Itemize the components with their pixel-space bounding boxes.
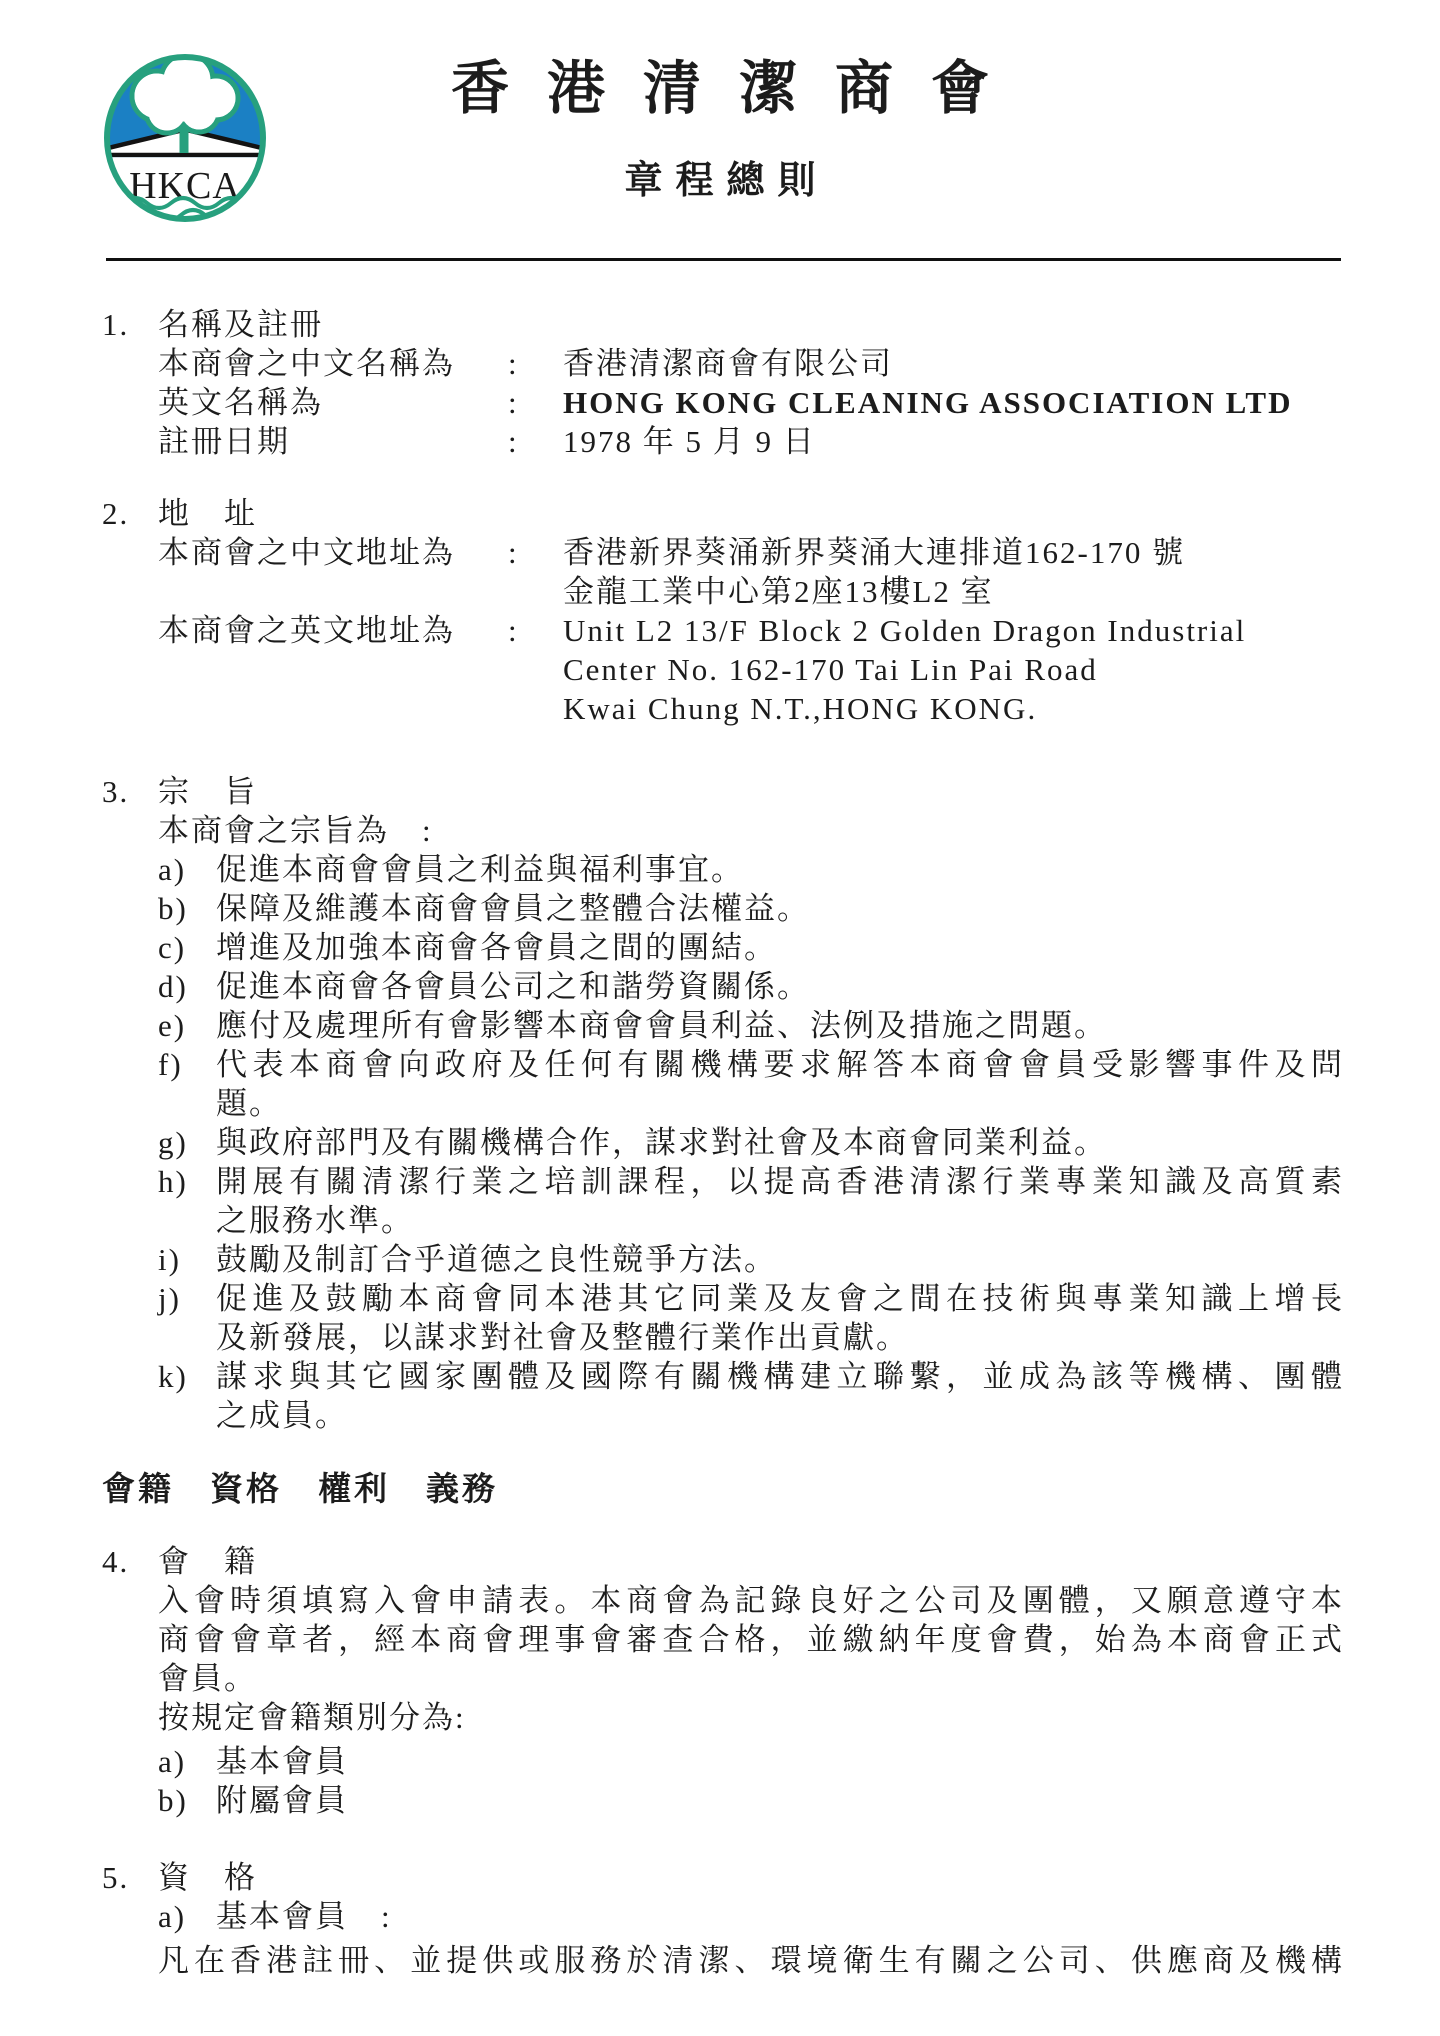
list-item: d) 促進本商會各會員公司之和諧勞資關係。: [158, 967, 1344, 1006]
list-text: 保障及維護本商會會員之整體合法權益。: [216, 889, 1344, 928]
kv-row-registration-date: 註冊日期 : 1978 年 5 月 9 日: [158, 422, 1344, 461]
list-marker: e): [158, 1006, 216, 1045]
kv-label: 本商會之中文名稱為: [158, 344, 508, 383]
list-item: a) 基本會員: [158, 1742, 1344, 1781]
list-item: b) 保障及維護本商會會員之整體合法權益。: [158, 889, 1344, 928]
list-text: 之成員。: [216, 1396, 1344, 1435]
section-objectives: 3. 宗 旨 本商會之宗旨為 : a) 促進本商會會員之利益與福利事宜。 b) …: [102, 772, 1344, 1435]
hkca-logo: HKCA: [103, 54, 267, 222]
list-text: 代表本商會向政府及任何有關機構要求解答本商會會員受影響事件及問: [216, 1045, 1344, 1084]
kv-label: 本商會之英文地址為: [158, 611, 508, 650]
kv-colon: :: [508, 533, 563, 572]
membership-section-heading: 會籍 資格 權利 義務: [102, 1469, 1344, 1508]
paragraph-line: 商會會章者，經本商會理事會審查合格，並繳納年度會費，始為本商會正式: [158, 1620, 1344, 1659]
section-name-registration: 1. 名稱及註冊 本商會之中文名稱為 : 香港清潔商會有限公司 英文名稱為 : …: [102, 305, 1344, 461]
list-marker: a): [158, 1742, 216, 1781]
address-line: 金龍工業中心第2座13樓L2 室: [563, 572, 1344, 611]
list-item: i) 鼓勵及制訂合乎道德之良性競爭方法。: [158, 1240, 1344, 1279]
list-marker: k): [158, 1357, 216, 1396]
kv-colon: :: [508, 344, 563, 383]
kv-row-chinese-address: 本商會之中文地址為 : 香港新界葵涌新界葵涌大連排道162-170 號 金龍工業…: [158, 533, 1344, 611]
kv-colon: :: [508, 422, 563, 461]
list-marker: h): [158, 1162, 216, 1201]
section-heading: 會 籍: [158, 1542, 1344, 1581]
list-item: j) 促進及鼓勵本商會同本港其它同業及友會之間在技術與專業知識上增長 及新發展，…: [158, 1279, 1344, 1357]
list-marker: g): [158, 1123, 216, 1162]
list-text: 促進及鼓勵本商會同本港其它同業及友會之間在技術與專業知識上增長: [216, 1279, 1344, 1318]
list-marker: f): [158, 1045, 216, 1084]
section-number: 1.: [102, 305, 158, 461]
list-marker: b): [158, 1781, 216, 1820]
list-marker: a): [158, 1897, 216, 1936]
section-address: 2. 地 址 本商會之中文地址為 : 香港新界葵涌新界葵涌大連排道162-170…: [102, 494, 1344, 728]
list-marker: b): [158, 889, 216, 928]
section-number: 4.: [102, 1542, 158, 1820]
kv-value: 香港新界葵涌新界葵涌大連排道162-170 號 金龍工業中心第2座13樓L2 室: [563, 533, 1344, 611]
list-marker: a): [158, 850, 216, 889]
page-subtitle-text: 章程總則: [624, 162, 828, 200]
list-text: 促進本商會各會員公司之和諧勞資關係。: [216, 967, 1344, 1006]
kv-value: 1978 年 5 月 9 日: [563, 422, 1344, 461]
list-text: 應付及處理所有會影響本商會會員利益、法例及措施之問題。: [216, 1006, 1344, 1045]
kv-row-english-name: 英文名稱為 : HONG KONG CLEANING ASSOCIATION L…: [158, 383, 1344, 422]
kv-label: 註冊日期: [158, 422, 508, 461]
paragraph-line: 會員。: [158, 1659, 1344, 1698]
list-text: 鼓勵及制訂合乎道德之良性競爭方法。: [216, 1240, 1344, 1279]
list-text: 附屬會員: [216, 1781, 1344, 1820]
membership-categories-intro: 按規定會籍類別分為:: [158, 1698, 1344, 1737]
list-marker: d): [158, 967, 216, 1006]
list-text: 基本會員: [216, 1742, 1344, 1781]
section-qualification: 5. 資 格 a) 基本會員 : 凡在香港註冊、並提供或服務於清潔、環境衛生有關…: [102, 1858, 1344, 1980]
qualification-tail-line: 凡在香港註冊、並提供或服務於清潔、環境衛生有關之公司、供應商及機構: [158, 1941, 1344, 1980]
list-marker: j): [158, 1279, 216, 1318]
section-heading: 資 格: [158, 1858, 1344, 1897]
kv-value: Unit L2 13/F Block 2 Golden Dragon Indus…: [563, 611, 1344, 728]
list-marker: i): [158, 1240, 216, 1279]
kv-label: 本商會之中文地址為: [158, 533, 508, 572]
list-text: 增進及加強本商會各會員之間的團結。: [216, 928, 1344, 967]
list-text: 基本會員 :: [216, 1897, 1344, 1936]
list-item: e) 應付及處理所有會影響本商會會員利益、法例及措施之問題。: [158, 1006, 1344, 1045]
list-text: 與政府部門及有關機構合作，謀求對社會及本商會同業利益。: [216, 1123, 1344, 1162]
list-item: a) 基本會員 :: [158, 1897, 1344, 1936]
membership-paragraph: 入會時須填寫入會申請表。本商會為記錄良好之公司及團體，又願意遵守本 商會會章者，…: [158, 1581, 1344, 1698]
section-number: 5.: [102, 1858, 158, 1980]
list-item: c) 增進及加強本商會各會員之間的團結。: [158, 928, 1344, 967]
page-title-text: 香港清潔商會: [451, 60, 1027, 118]
list-item: h) 開展有關清潔行業之培訓課程，以提高香港清潔行業專業知識及高質素 之服務水準…: [158, 1162, 1344, 1240]
list-marker: c): [158, 928, 216, 967]
section-heading: 宗 旨: [158, 772, 1344, 811]
kv-colon: :: [508, 383, 563, 422]
list-item: b) 附屬會員: [158, 1781, 1344, 1820]
address-line: 香港新界葵涌新界葵涌大連排道162-170 號: [563, 533, 1344, 572]
list-text: 及新發展，以謀求對社會及整體行業作出貢獻。: [216, 1318, 1344, 1357]
section-number: 2.: [102, 494, 158, 728]
list-text: 開展有關清潔行業之培訓課程，以提高香港清潔行業專業知識及高質素: [216, 1162, 1344, 1201]
document-body: 1. 名稱及註冊 本商會之中文名稱為 : 香港清潔商會有限公司 英文名稱為 : …: [0, 261, 1440, 1980]
section-heading: 名稱及註冊: [158, 305, 1344, 344]
list-text: 題。: [216, 1084, 1344, 1123]
list-text: 謀求與其它國家團體及國際有關機構建立聯繫，並成為該等機構、團體: [216, 1357, 1344, 1396]
section-intro: 本商會之宗旨為 :: [158, 811, 1344, 850]
address-line: Center No. 162-170 Tai Lin Pai Road: [563, 650, 1344, 689]
document-header: HKCA 香港清潔商會 章程總則: [0, 0, 1440, 258]
list-text: 促進本商會會員之利益與福利事宜。: [216, 850, 1344, 889]
list-item: f) 代表本商會向政府及任何有關機構要求解答本商會會員受影響事件及問 題。: [158, 1045, 1344, 1123]
section-number: 3.: [102, 772, 158, 1435]
paragraph-line: 入會時須填寫入會申請表。本商會為記錄良好之公司及團體，又願意遵守本: [158, 1581, 1344, 1620]
document-page: HKCA 香港清潔商會 章程總則 1. 名稱及註冊 本商會之中文名稱為: [0, 0, 1440, 2036]
kv-row-english-address: 本商會之英文地址為 : Unit L2 13/F Block 2 Golden …: [158, 611, 1344, 728]
list-item: g) 與政府部門及有關機構合作，謀求對社會及本商會同業利益。: [158, 1123, 1344, 1162]
kv-value: 香港清潔商會有限公司: [563, 344, 1344, 383]
address-line: Kwai Chung N.T.,HONG KONG.: [563, 689, 1344, 728]
section-membership: 4. 會 籍 入會時須填寫入會申請表。本商會為記錄良好之公司及團體，又願意遵守本…: [102, 1542, 1344, 1820]
section-heading: 地 址: [158, 494, 1344, 533]
list-item: k) 謀求與其它國家團體及國際有關機構建立聯繫，並成為該等機構、團體 之成員。: [158, 1357, 1344, 1435]
kv-label: 英文名稱為: [158, 383, 508, 422]
address-line: Unit L2 13/F Block 2 Golden Dragon Indus…: [563, 611, 1344, 650]
list-text: 之服務水準。: [216, 1201, 1344, 1240]
kv-colon: :: [508, 611, 563, 650]
list-item: a) 促進本商會會員之利益與福利事宜。: [158, 850, 1344, 889]
kv-value: HONG KONG CLEANING ASSOCIATION LTD: [563, 383, 1344, 422]
kv-row-chinese-name: 本商會之中文名稱為 : 香港清潔商會有限公司: [158, 344, 1344, 383]
